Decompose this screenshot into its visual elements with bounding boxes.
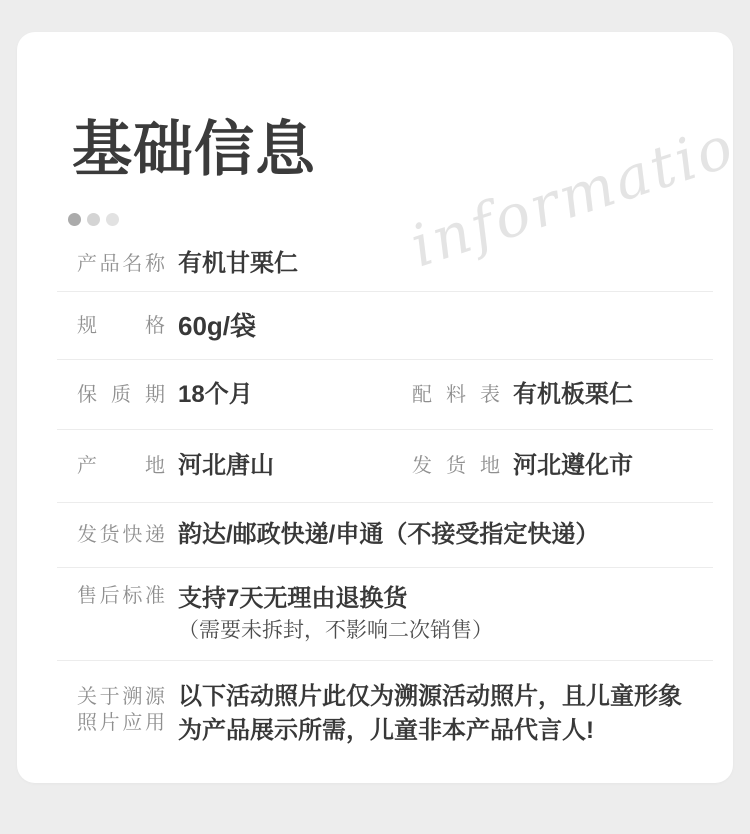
after-sales-condition: （需要未拆封，不影响二次销售） <box>178 617 493 645</box>
row-label-origin: 产地 <box>77 453 165 479</box>
row-value-ship-from: 河北遵化市 <box>513 450 633 482</box>
row-value-product-name: 有机甘栗仁 <box>178 248 298 280</box>
info-table: 产品名称 有机甘栗仁 规格 60g/袋 保质期 18个月 配料表 有机板栗仁 产… <box>57 237 713 748</box>
row-value-spec: 60g/袋 <box>178 310 256 342</box>
row-value-origin: 河北唐山 <box>178 450 274 482</box>
pair-ingredients: 配料表 有机板栗仁 <box>412 379 633 411</box>
decorative-dots <box>68 213 733 226</box>
row-value-shelf-life: 18个月 <box>178 379 253 411</box>
product-info-card: information 基础信息 产品名称 有机甘栗仁 规格 60g/袋 保质期… <box>17 32 733 783</box>
row-value-ingredients: 有机板栗仁 <box>513 379 633 411</box>
row-value-courier: 韵达/邮政快递/申通（不接受指定快递） <box>178 519 599 551</box>
pair-shelf-life: 保质期 18个月 <box>77 379 412 411</box>
table-row-spec: 规格 60g/袋 <box>57 292 713 360</box>
row-label-product-name: 产品名称 <box>77 251 165 277</box>
table-row-after-sales: 售后标准 支持7天无理由退换货 （需要未拆封，不影响二次销售） <box>57 568 713 661</box>
row-label-courier: 发货快递 <box>77 522 165 548</box>
pair-origin: 产地 河北唐山 <box>77 450 412 482</box>
row-label-traceability: 关于溯源照片应用 <box>77 684 165 736</box>
row-label-after-sales: 售后标准 <box>77 583 165 609</box>
page: { "colors": { "page_background": "#edede… <box>0 0 750 834</box>
traceability-disclaimer-line1: 以下活动照片此仅为溯源活动照片，且儿童形象 <box>178 680 682 714</box>
table-row-courier: 发货快递 韵达/邮政快递/申通（不接受指定快递） <box>57 503 713 568</box>
dot-medium <box>87 213 100 226</box>
row-label-ingredients: 配料表 <box>412 382 500 408</box>
after-sales-value-block: 支持7天无理由退换货 （需要未拆封，不影响二次销售） <box>178 583 493 645</box>
after-sales-policy: 支持7天无理由退换货 <box>178 583 493 615</box>
table-row-shelf-life-ingredients: 保质期 18个月 配料表 有机板栗仁 <box>57 360 713 430</box>
traceability-disclaimer: 以下活动照片此仅为溯源活动照片，且儿童形象 为产品展示所需，儿童非本产品代言人! <box>178 680 682 748</box>
dot-light <box>106 213 119 226</box>
pair-ship-from: 发货地 河北遵化市 <box>412 450 633 482</box>
dot-dark <box>68 213 81 226</box>
table-row-origin-shipping: 产地 河北唐山 发货地 河北遵化市 <box>57 430 713 503</box>
row-label-spec: 规格 <box>77 313 165 339</box>
card-header: 基础信息 <box>17 32 733 226</box>
row-label-ship-from: 发货地 <box>412 453 500 479</box>
table-row-product-name: 产品名称 有机甘栗仁 <box>57 237 713 292</box>
table-row-traceability-note: 关于溯源照片应用 以下活动照片此仅为溯源活动照片，且儿童形象 为产品展示所需，儿… <box>57 661 713 748</box>
page-title: 基础信息 <box>72 120 733 180</box>
row-label-shelf-life: 保质期 <box>77 382 165 408</box>
traceability-disclaimer-line2: 为产品展示所需，儿童非本产品代言人! <box>178 714 682 748</box>
